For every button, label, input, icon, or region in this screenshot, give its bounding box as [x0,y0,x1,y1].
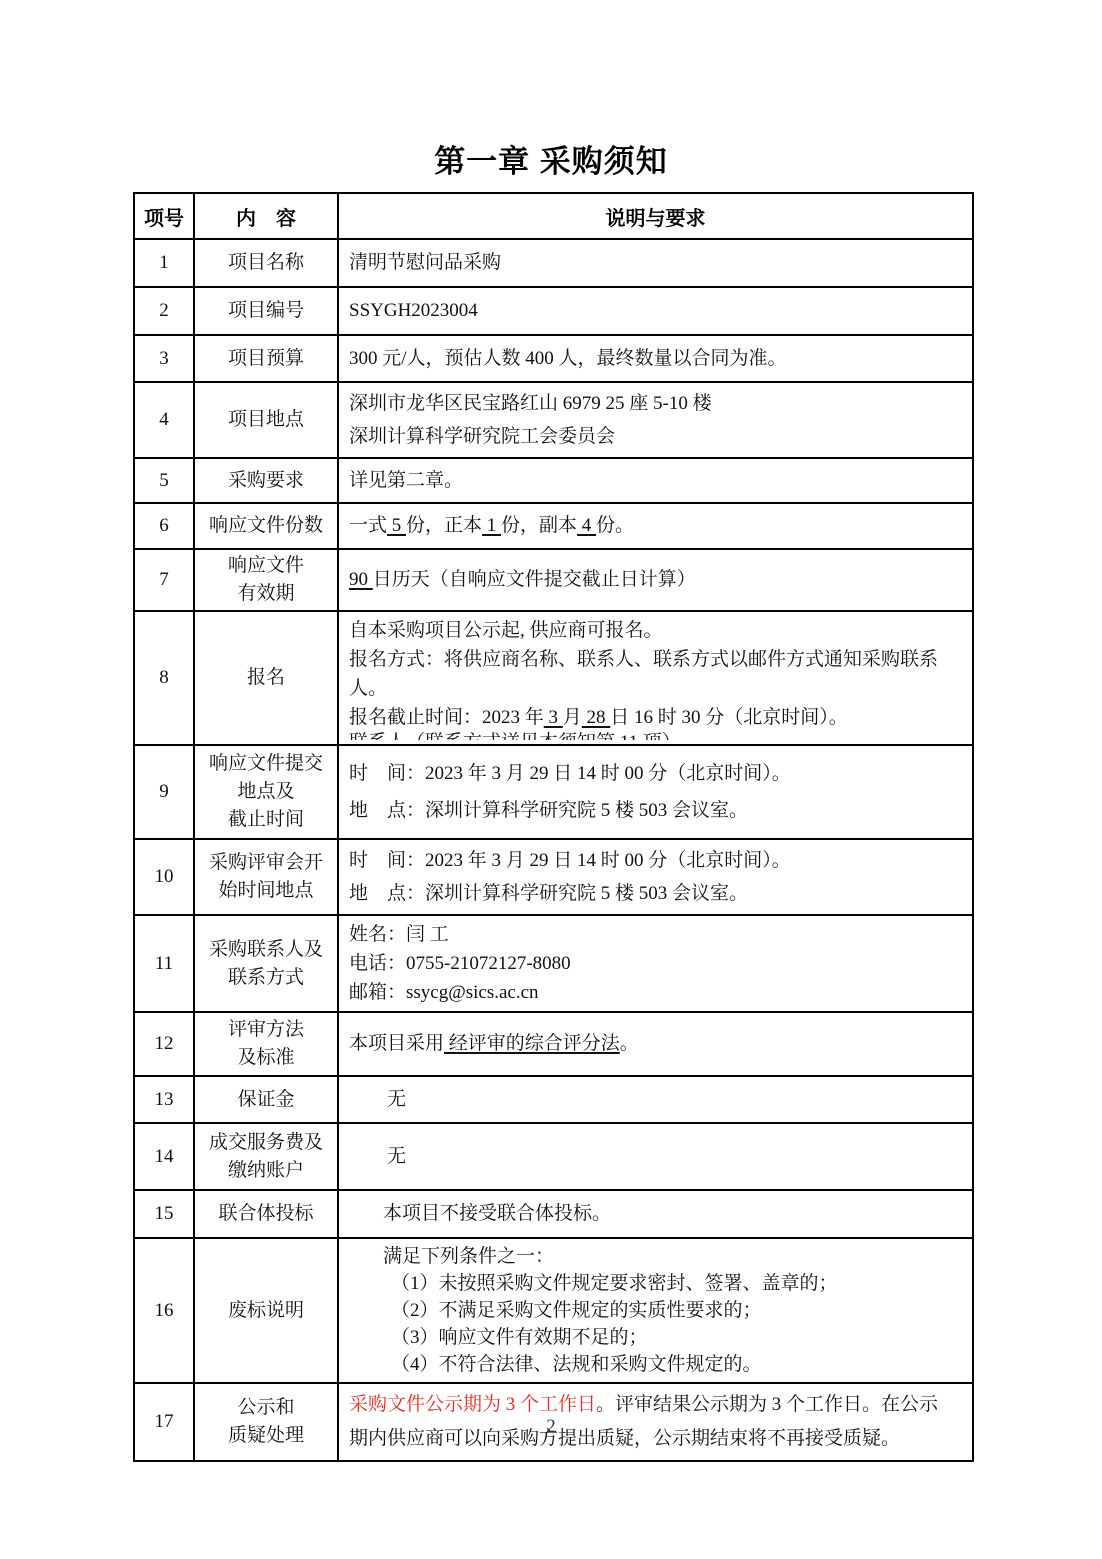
row-content: 姓名：闫 工电话：0755-21072127-8080邮箱：ssycg@sics… [338,915,973,1012]
row-number: 15 [134,1190,194,1238]
row-number: 11 [134,915,194,1012]
row-label-line: 项目预算 [201,345,331,373]
text-segment: 5 [387,515,406,536]
content-line: SSYGH2023004 [349,294,962,328]
content-line: 无 [349,1083,962,1117]
text-segment: （4）不符合法律、法规和采购文件规定的。 [391,1354,762,1375]
text-segment: 。评审结果公示期为 3 个工作日。在公示 [596,1394,938,1415]
row-label-line: 地点及 [201,778,331,806]
content-line: 地 点：深圳计算科学研究院 5 楼 503 会议室。 [349,792,962,829]
text-segment: 电话：0755-21072127-8080 [349,953,571,974]
text-segment: 3 [544,707,563,728]
row-label-line: 有效期 [201,580,331,608]
row-label: 项目地点 [194,382,338,458]
row-label-line: 废标说明 [201,1297,331,1325]
row-label-line: 采购要求 [201,467,331,495]
table-row: 13保证金无 [134,1076,973,1123]
content-line: 无 [349,1140,962,1174]
text-segment: 无 [387,1146,406,1167]
content-line-truncated: 联系人（联系方式详见本须知第 11 项）。 [349,732,962,740]
text-segment: 人。 [349,678,387,699]
table-row: 16废标说明满足下列条件之一：（1）未按照采购文件规定要求密封、签署、盖章的；（… [134,1238,973,1383]
row-label: 采购要求 [194,458,338,503]
row-label-line: 报名 [201,664,331,692]
text-segment: 300 元/人，预估人数 400 人，最终数量以合同为准。 [349,348,787,369]
content-line: 自本采购项目公示起, 供应商可报名。 [349,616,962,645]
row-label-line: 响应文件提交 [201,750,331,778]
row-label-line: 响应文件份数 [201,512,331,540]
row-label-line: 缴纳账户 [201,1157,331,1185]
row-number: 16 [134,1238,194,1383]
text-segment: 姓名：闫 工 [349,924,449,945]
table-body: 1项目名称清明节慰问品采购2项目编号SSYGH20230043项目预算300 元… [134,239,973,1461]
content-line: 报名方式：将供应商名称、联系人、联系方式以邮件方式通知采购联系 [349,645,962,674]
row-label: 采购评审会开始时间地点 [194,839,338,915]
row-number: 13 [134,1076,194,1123]
row-content: 时 间：2023 年 3 月 29 日 14 时 00 分（北京时间）。地 点：… [338,745,973,839]
row-label: 保证金 [194,1076,338,1123]
row-number: 1 [134,239,194,287]
row-label-line: 保证金 [201,1086,331,1114]
row-label-line: 采购评审会开 [201,849,331,877]
row-label-line: 成交服务费及 [201,1129,331,1157]
header-row: 项号 内 容 说明与要求 [134,193,973,239]
table-row: 11采购联系人及联系方式姓名：闫 工电话：0755-21072127-8080邮… [134,915,973,1012]
row-number: 7 [134,549,194,611]
row-content: 时 间：2023 年 3 月 29 日 14 时 00 分（北京时间）。地 点：… [338,839,973,915]
row-content: 无 [338,1123,973,1190]
row-label-line: 联合体投标 [201,1200,331,1228]
row-content: 深圳市龙华区民宝路红山 6979 25 座 5-10 楼深圳计算科学研究院工会委… [338,382,973,458]
row-label: 采购联系人及联系方式 [194,915,338,1012]
text-segment: 时 间：2023 年 3 月 29 日 14 时 00 分（北京时间）。 [349,850,791,871]
page-title: 第一章 采购须知 [0,136,1102,181]
table-row: 12评审方法及标准本项目采用 经评审的综合评分法。 [134,1012,973,1076]
header-description: 说明与要求 [338,193,973,239]
row-label: 联合体投标 [194,1190,338,1238]
table-row: 14成交服务费及缴纳账户无 [134,1123,973,1190]
text-segment: 邮箱：ssycg@sics.ac.cn [349,982,539,1003]
page-number: 2 [0,1416,1102,1438]
row-label-line: 项目编号 [201,297,331,325]
content-line: 清明节慰问品采购 [349,246,962,280]
text-segment: 满足下列条件之一： [383,1246,554,1267]
text-segment: 日 16 时 30 分（北京时间）。 [610,707,848,728]
row-label-line: 及标准 [201,1044,331,1072]
table-row: 15联合体投标本项目不接受联合体投标。 [134,1190,973,1238]
row-label: 项目名称 [194,239,338,287]
row-number: 10 [134,839,194,915]
table-row: 2项目编号SSYGH2023004 [134,287,973,335]
row-label-line: 始时间地点 [201,877,331,905]
text-segment: 月 [563,707,582,728]
content-line: 报名截止时间：2023 年 3 月 28 日 16 时 30 分（北京时间）。 [349,703,962,732]
text-segment: 日历天（自响应文件提交截止日计算） [373,569,696,590]
procurement-notice-table: 项号 内 容 说明与要求 1项目名称清明节慰问品采购2项目编号SSYGH2023… [133,192,974,1462]
row-number: 5 [134,458,194,503]
content-line: 90 日历天（自响应文件提交截止日计算） [349,563,962,597]
text-segment: 经评审的综合评分法 [444,1033,620,1054]
content-line: （4）不符合法律、法规和采购文件规定的。 [349,1351,962,1378]
row-label: 废标说明 [194,1238,338,1383]
content-line: 深圳计算科学研究院工会委员会 [349,420,962,453]
content-line: 满足下列条件之一： [349,1243,962,1270]
content-line: 时 间：2023 年 3 月 29 日 14 时 00 分（北京时间）。 [349,844,962,877]
table-row: 3项目预算300 元/人，预估人数 400 人，最终数量以合同为准。 [134,335,973,382]
table-header: 项号 内 容 说明与要求 [134,193,973,239]
header-content: 内 容 [194,193,338,239]
text-segment: 详见第二章。 [349,470,463,491]
row-label-line: 项目名称 [201,249,331,277]
content-line: 本项目不接受联合体投标。 [349,1197,962,1231]
row-content: 90 日历天（自响应文件提交截止日计算） [338,549,973,611]
row-content: 清明节慰问品采购 [338,239,973,287]
document-page: 第一章 采购须知 项号 内 容 说明与要求 1项目名称清明节慰问品采购2项目编号… [0,0,1102,1559]
row-label: 响应文件提交地点及截止时间 [194,745,338,839]
text-segment: 地 点：深圳计算科学研究院 5 楼 503 会议室。 [349,883,748,904]
text-segment: 90 [349,569,373,590]
content-line: 邮箱：ssycg@sics.ac.cn [349,978,962,1007]
text-segment: 一式 [349,515,387,536]
row-label: 评审方法及标准 [194,1012,338,1076]
row-number: 12 [134,1012,194,1076]
row-label-line: 响应文件 [201,552,331,580]
row-content: 一式 5 份，正本 1 份，副本 4 份。 [338,503,973,549]
row-content: 详见第二章。 [338,458,973,503]
row-label: 响应文件有效期 [194,549,338,611]
header-item-no: 项号 [134,193,194,239]
text-segment: 自本采购项目公示起, 供应商可报名。 [349,620,663,641]
row-number: 9 [134,745,194,839]
row-content: 满足下列条件之一：（1）未按照采购文件规定要求密封、签署、盖章的；（2）不满足采… [338,1238,973,1383]
table-row: 8报名自本采购项目公示起, 供应商可报名。报名方式：将供应商名称、联系人、联系方… [134,611,973,745]
row-label: 报名 [194,611,338,745]
text-segment: 报名截止时间：2023 年 [349,707,544,728]
content-line: 人。 [349,674,962,703]
text-segment: 份，正本 [406,515,482,536]
row-content: SSYGH2023004 [338,287,973,335]
row-label: 项目编号 [194,287,338,335]
text-segment: 1 [482,515,501,536]
row-content: 自本采购项目公示起, 供应商可报名。报名方式：将供应商名称、联系人、联系方式以邮… [338,611,973,745]
text-segment: 联系人（联系方式详见本须知第 11 项）。 [349,732,690,740]
table-row: 6响应文件份数一式 5 份，正本 1 份，副本 4 份。 [134,503,973,549]
content-line: 时 间：2023 年 3 月 29 日 14 时 00 分（北京时间）。 [349,755,962,792]
row-number: 8 [134,611,194,745]
text-segment: 报名方式：将供应商名称、联系人、联系方式以邮件方式通知采购联系 [349,649,938,670]
content-line: 姓名：闫 工 [349,920,962,949]
row-number: 3 [134,335,194,382]
text-segment: 本项目采用 [349,1033,444,1054]
text-segment: （3）响应文件有效期不足的； [391,1327,648,1348]
row-label: 响应文件份数 [194,503,338,549]
row-label: 项目预算 [194,335,338,382]
text-segment: 时 间：2023 年 3 月 29 日 14 时 00 分（北京时间）。 [349,763,791,784]
row-label-line: 采购联系人及 [201,936,331,964]
text-segment: 28 [582,707,611,728]
row-number: 6 [134,503,194,549]
text-segment: 地 点：深圳计算科学研究院 5 楼 503 会议室。 [349,800,748,821]
table-row: 9响应文件提交地点及截止时间时 间：2023 年 3 月 29 日 14 时 0… [134,745,973,839]
table-row: 7响应文件有效期90 日历天（自响应文件提交截止日计算） [134,549,973,611]
row-content: 300 元/人，预估人数 400 人，最终数量以合同为准。 [338,335,973,382]
content-line: 详见第二章。 [349,464,962,498]
content-line: 一式 5 份，正本 1 份，副本 4 份。 [349,509,962,543]
row-label-line: 项目地点 [201,406,331,434]
content-line: （1）未按照采购文件规定要求密封、签署、盖章的； [349,1270,962,1297]
text-segment: （1）未按照采购文件规定要求密封、签署、盖章的； [391,1273,838,1294]
text-segment: 无 [387,1089,406,1110]
row-label-line: 截止时间 [201,806,331,834]
row-label: 成交服务费及缴纳账户 [194,1123,338,1190]
row-content: 本项目采用 经评审的综合评分法。 [338,1012,973,1076]
text-segment: 本项目不接受联合体投标。 [383,1203,611,1224]
table-row: 10采购评审会开始时间地点时 间：2023 年 3 月 29 日 14 时 00… [134,839,973,915]
content-line: 电话：0755-21072127-8080 [349,949,962,978]
text-segment: 清明节慰问品采购 [349,252,501,273]
text-segment: 份，副本 [501,515,577,536]
content-line: 深圳市龙华区民宝路红山 6979 25 座 5-10 楼 [349,387,962,420]
row-label-line: 评审方法 [201,1016,331,1044]
row-content: 无 [338,1076,973,1123]
content-line: （2）不满足采购文件规定的实质性要求的； [349,1297,962,1324]
text-segment: 份。 [596,515,634,536]
row-number: 14 [134,1123,194,1190]
table-row: 5采购要求详见第二章。 [134,458,973,503]
text-segment: SSYGH2023004 [349,300,478,321]
text-segment: 采购文件公示期为 3 个工作日 [349,1394,596,1415]
row-label-line: 联系方式 [201,964,331,992]
table-row: 4项目地点深圳市龙华区民宝路红山 6979 25 座 5-10 楼深圳计算科学研… [134,382,973,458]
row-number: 4 [134,382,194,458]
content-line: 地 点：深圳计算科学研究院 5 楼 503 会议室。 [349,877,962,910]
row-number: 2 [134,287,194,335]
text-segment: 。 [620,1033,639,1054]
content-line: （3）响应文件有效期不足的； [349,1324,962,1351]
content-line: 300 元/人，预估人数 400 人，最终数量以合同为准。 [349,342,962,376]
row-content: 本项目不接受联合体投标。 [338,1190,973,1238]
content-line: 本项目采用 经评审的综合评分法。 [349,1027,962,1061]
text-segment: 深圳市龙华区民宝路红山 6979 25 座 5-10 楼 [349,393,712,414]
text-segment: （2）不满足采购文件规定的实质性要求的； [391,1300,762,1321]
table-row: 1项目名称清明节慰问品采购 [134,239,973,287]
text-segment: 深圳计算科学研究院工会委员会 [349,426,615,447]
text-segment: 4 [577,515,596,536]
